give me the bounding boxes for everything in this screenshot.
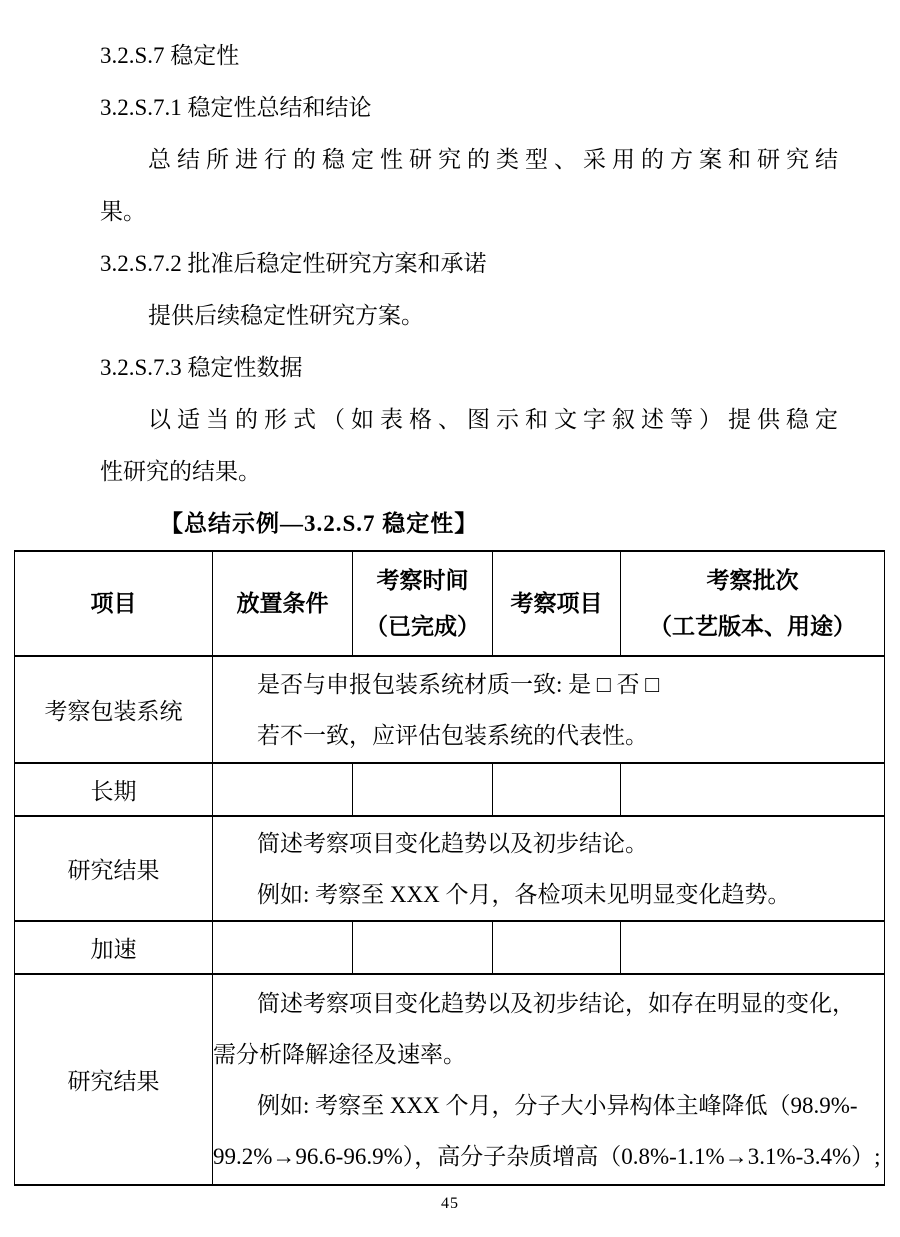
packaging-evaluation-line: 若不一致，应评估包装系统的代表性。 [213,710,884,761]
table-row-long-term: 长期 [15,763,885,816]
long-term-storage-condition-cell [213,763,353,816]
document-page: 3.2.S.7 稳定性 3.2.S.7.1 稳定性总结和结论 总结所进行的稳定性… [0,0,900,1237]
long-term-study-time-cell [353,763,493,816]
paragraph-protocol-line1: 提供后续稳定性研究方案。 [100,290,900,342]
header-item-label: 项目 [15,581,212,627]
header-cell-study-item: 考察项目 [493,551,621,656]
header-study-batch-line2: （工艺版本、用途） [621,604,884,650]
stability-summary-table: 项目 放置条件 考察时间 （已完成） 考察项目 考察批次 （工艺版本、用途） 考… [14,550,885,1186]
heading-3-2-s-7-1: 3.2.S.7.1 稳定性总结和结论 [100,82,900,134]
accelerated-study-batch-cell [621,921,885,974]
header-cell-item: 项目 [15,551,213,656]
paragraph-summary-line2: 果。 [100,186,900,238]
packaging-consistency-line: 是否与申报包装系统材质一致: 是 □ 否 □ [213,659,884,710]
result1-trend-line: 简述考察项目变化趋势以及初步结论。 [213,818,884,869]
header-study-batch-line1: 考察批次 [621,558,884,604]
table-row-result-accelerated: 研究结果 简述考察项目变化趋势以及初步结论，如存在明显的变化， 需分析降解途径及… [15,974,885,1185]
heading-3-2-s-7: 3.2.S.7 稳定性 [100,30,900,82]
row-label-result1: 研究结果 [15,816,213,921]
page-number: 45 [0,1195,900,1213]
header-study-time-line1: 考察时间 [353,558,492,604]
table-title: 【总结示例—3.2.S.7 稳定性】 [160,498,900,550]
result2-example-line2: 99.2%→96.6-96.9%），高分子杂质增高（0.8%-1.1%→3.1%… [213,1131,884,1182]
result2-trend-line2: 需分析降解途径及速率。 [213,1029,884,1080]
result1-example-line: 例如: 考察至 XXX 个月，各检项未见明显变化趋势。 [213,869,884,920]
row-label-accelerated: 加速 [15,921,213,974]
table-row-accelerated: 加速 [15,921,885,974]
accelerated-study-item-cell [493,921,621,974]
accelerated-storage-condition-cell [213,921,353,974]
header-study-time-line2: （已完成） [353,604,492,650]
long-term-study-item-cell [493,763,621,816]
heading-3-2-s-7-2: 3.2.S.7.2 批准后稳定性研究方案和承诺 [100,238,900,290]
table-row-packaging: 考察包装系统 是否与申报包装系统材质一致: 是 □ 否 □ 若不一致，应评估包装… [15,656,885,763]
paragraph-data-line1: 以适当的形式（如表格、图示和文字叙述等）提供稳定 [100,394,900,446]
result2-trend-line1: 简述考察项目变化趋势以及初步结论，如存在明显的变化， [213,978,884,1029]
header-cell-study-batch: 考察批次 （工艺版本、用途） [621,551,885,656]
header-cell-storage-condition: 放置条件 [213,551,353,656]
paragraph-data-line2: 性研究的结果。 [100,446,900,498]
long-term-study-batch-cell [621,763,885,816]
row-label-packaging-system: 考察包装系统 [15,656,213,763]
row-label-long-term: 长期 [15,763,213,816]
result2-example-line1: 例如: 考察至 XXX 个月，分子大小异构体主峰降低（98.9%- [213,1080,884,1131]
heading-3-2-s-7-3: 3.2.S.7.3 稳定性数据 [100,342,900,394]
header-cell-study-time: 考察时间 （已完成） [353,551,493,656]
header-storage-condition-label: 放置条件 [213,581,352,627]
packaging-system-cell: 是否与申报包装系统材质一致: 是 □ 否 □ 若不一致，应评估包装系统的代表性。 [213,656,885,763]
paragraph-summary-line1: 总结所进行的稳定性研究的类型、采用的方案和研究结 [100,134,900,186]
table-row-result-long-term: 研究结果 简述考察项目变化趋势以及初步结论。 例如: 考察至 XXX 个月，各检… [15,816,885,921]
header-study-item-label: 考察项目 [493,581,620,627]
row-label-result2: 研究结果 [15,974,213,1185]
accelerated-study-time-cell [353,921,493,974]
result1-cell: 简述考察项目变化趋势以及初步结论。 例如: 考察至 XXX 个月，各检项未见明显… [213,816,885,921]
table-header-row: 项目 放置条件 考察时间 （已完成） 考察项目 考察批次 （工艺版本、用途） [15,551,885,656]
result2-cell: 简述考察项目变化趋势以及初步结论，如存在明显的变化， 需分析降解途径及速率。 例… [213,974,885,1185]
